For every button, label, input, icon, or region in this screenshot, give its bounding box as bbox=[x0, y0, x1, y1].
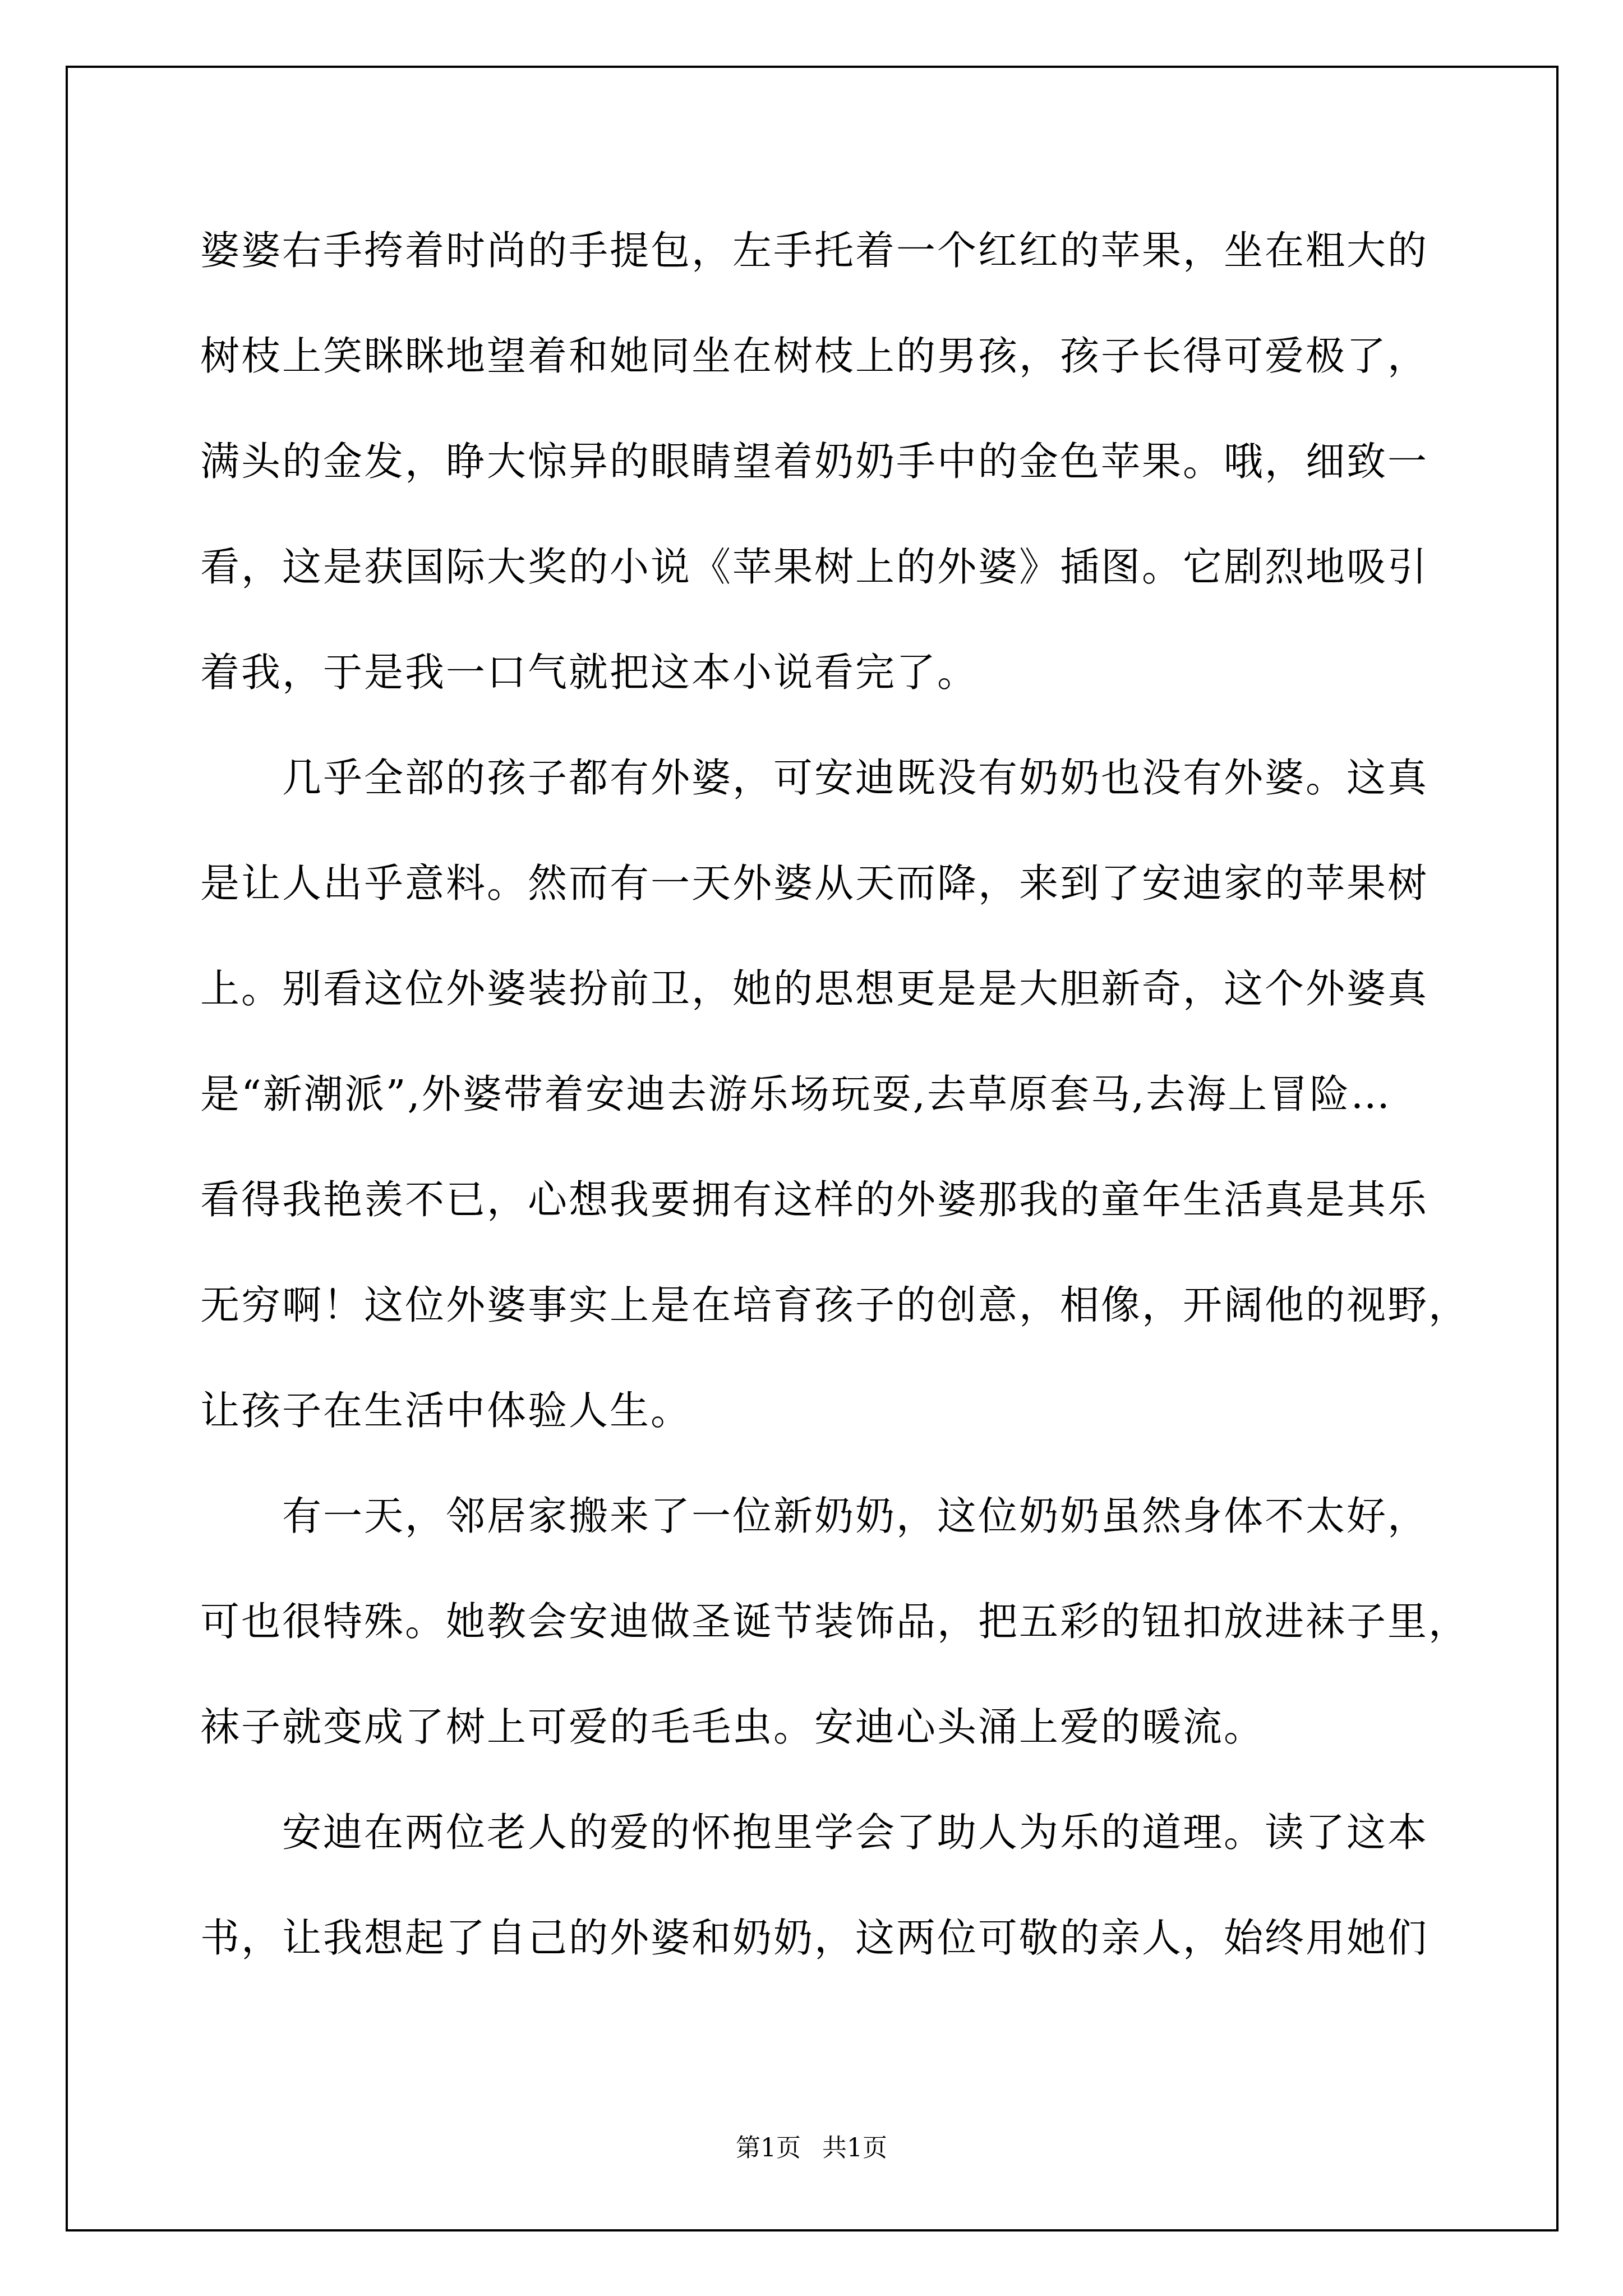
document-body: 婆婆右手挎着时尚的手提包，左手托着一个红红的苹果，坐在粗大的 树枝上笑眯眯地望着… bbox=[200, 220, 1434, 2013]
page-footer: 第1页 共1页 bbox=[0, 2132, 1623, 2165]
text-line: 无穷啊！这位外婆事实上是在培育孩子的创意，相像，开阔他的视野， bbox=[200, 1274, 1434, 1380]
text-line: 让孩子在生活中体验人生。 bbox=[200, 1380, 1434, 1485]
current-page-label: 第1页 bbox=[736, 2134, 801, 2162]
paragraph-first-line: 有一天，邻居家搬来了一位新奶奶，这位奶奶虽然身体不太好， bbox=[200, 1485, 1434, 1591]
text-line: 婆婆右手挎着时尚的手提包，左手托着一个红红的苹果，坐在粗大的 bbox=[200, 220, 1434, 325]
paragraph-first-line: 安迪在两位老人的爱的怀抱里学会了助人为乐的道理。读了这本 bbox=[200, 1802, 1434, 1907]
text-line: 可也很特殊。她教会安迪做圣诞节装饰品，把五彩的钮扣放进袜子里， bbox=[200, 1591, 1434, 1696]
text-line: 满头的金发，睁大惊异的眼睛望着奶奶手中的金色苹果。哦，细致一 bbox=[200, 431, 1434, 536]
total-pages-label: 共1页 bbox=[822, 2134, 887, 2162]
text-line: 是让人出乎意料。然而有一天外婆从天而降，来到了安迪家的苹果树 bbox=[200, 853, 1434, 958]
text-line: 看得我艳羡不已，心想我要拥有这样的外婆那我的童年生活真是其乐 bbox=[200, 1169, 1434, 1274]
text-line: 着我，于是我一口气就把这本小说看完了。 bbox=[200, 642, 1434, 747]
text-line: 书，让我想起了自己的外婆和奶奶，这两位可敬的亲人，始终用她们 bbox=[200, 1907, 1434, 2013]
paragraph-first-line: 几乎全部的孩子都有外婆，可安迪既没有奶奶也没有外婆。这真 bbox=[200, 747, 1434, 853]
text-line: 看，这是获国际大奖的小说《苹果树上的外婆》插图。它剧烈地吸引 bbox=[200, 536, 1434, 642]
text-line: 树枝上笑眯眯地望着和她同坐在树枝上的男孩，孩子长得可爱极了， bbox=[200, 325, 1434, 431]
text-line: 是“新潮派”,外婆带着安迪去游乐场玩耍,去草原套马,去海上冒险… bbox=[200, 1064, 1434, 1169]
text-line: 袜子就变成了树上可爱的毛毛虫。安迪心头涌上爱的暖流。 bbox=[200, 1696, 1434, 1802]
text-line: 上。别看这位外婆装扮前卫，她的思想更是是大胆新奇，这个外婆真 bbox=[200, 958, 1434, 1064]
